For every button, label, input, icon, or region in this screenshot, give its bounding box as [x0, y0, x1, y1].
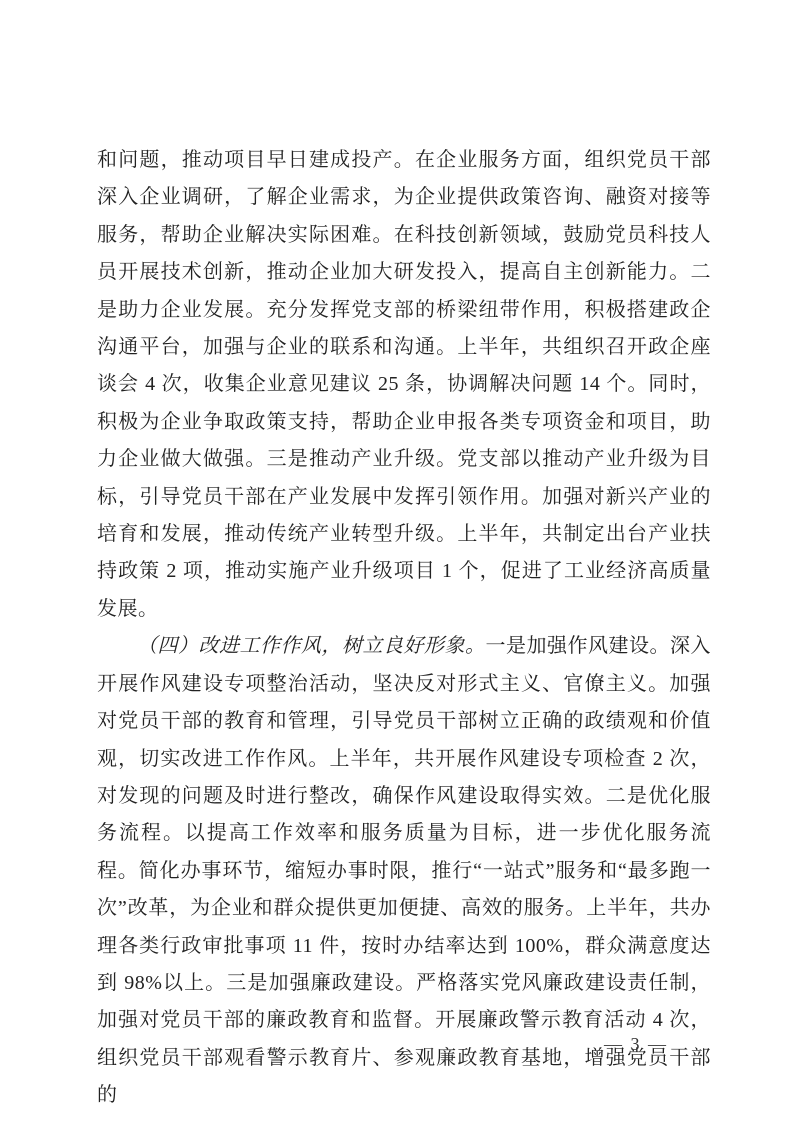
paragraph-continuation-text: 和问题，推动项目早日建成投产。在企业服务方面，组织党员干部深入企业调研，了解企业…: [97, 149, 711, 620]
section-four-heading: （四）改进工作作风，树立良好形象。: [137, 635, 486, 657]
document-body: 和问题，推动项目早日建成投产。在企业服务方面，组织党员干部深入企业调研，了解企业…: [97, 142, 711, 1115]
document-page: 和问题，推动项目早日建成投产。在企业服务方面，组织党员干部深入企业调研，了解企业…: [0, 0, 793, 1122]
paragraph-continuation: 和问题，推动项目早日建成投产。在企业服务方面，组织党员干部深入企业调研，了解企业…: [97, 142, 711, 628]
page-number: — 3 —: [596, 1031, 676, 1057]
